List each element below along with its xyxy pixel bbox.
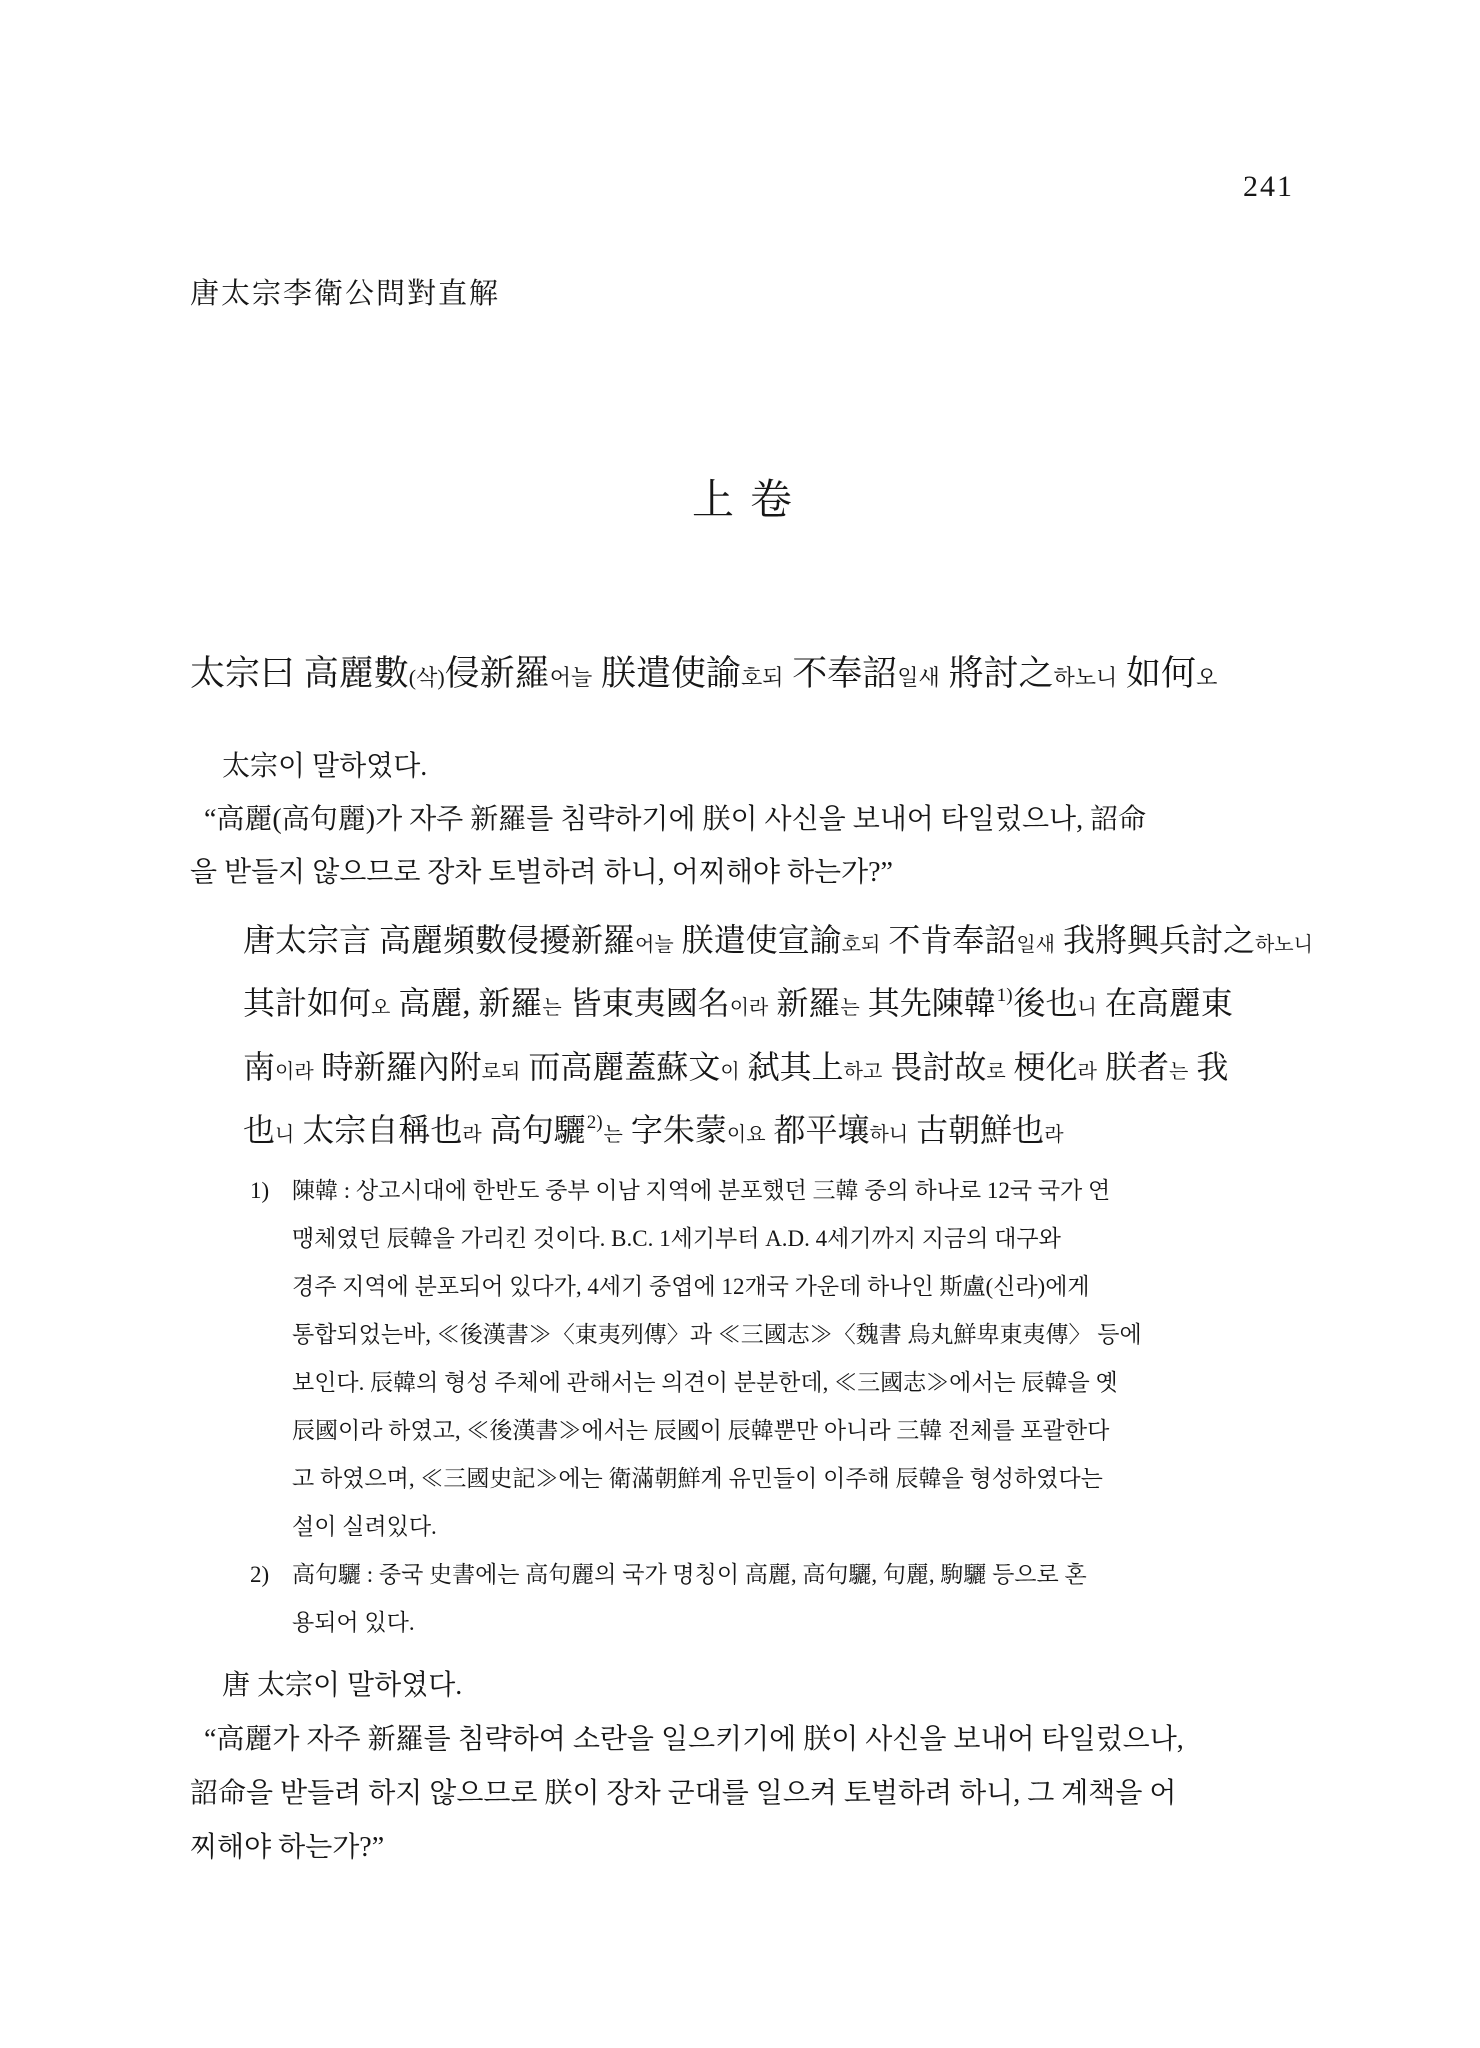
- text-line: 을 받들지 않으므로 장차 토벌하려 하니, 어찌해야 하는가?”: [190, 846, 1294, 899]
- gloss-text: 이라: [275, 1061, 314, 1083]
- footnote-text: 陳韓 : 상고시대에 한반도 중부 이남 지역에 분포했던 三韓 중의 하나로 …: [292, 1167, 1294, 1551]
- text-line: 辰國이라 하였고, ≪後漢書≫에서는 辰國이 辰韓뿐만 아니라 三韓 전체를 포…: [292, 1407, 1294, 1455]
- text-line: 맹체였던 辰韓을 가리킨 것이다. B.C. 1세기부터 A.D. 4세기까지 …: [292, 1215, 1294, 1263]
- footnote-ref: 2): [586, 1112, 604, 1133]
- footnotes-section: 1) 陳韓 : 상고시대에 한반도 중부 이남 지역에 분포했던 三韓 중의 하…: [190, 1167, 1294, 1647]
- text-line: 陳韓 : 상고시대에 한반도 중부 이남 지역에 분포했던 三韓 중의 하나로 …: [292, 1167, 1294, 1215]
- text-line: 보인다. 辰韓의 형성 주체에 관해서는 의견이 분분한데, ≪三國志≫에서는 …: [292, 1359, 1294, 1407]
- gloss-text: 하노니: [1255, 934, 1313, 956]
- text-line: 설이 실려있다.: [292, 1503, 1294, 1551]
- gloss-text: 는: [604, 1124, 623, 1146]
- main-text: 唐太宗言 高麗頻數侵擾新羅: [243, 922, 635, 958]
- text-line: 용되어 있다.: [292, 1599, 1294, 1647]
- main-text: 畏討故: [882, 1049, 986, 1085]
- gloss-text: 이: [720, 1061, 739, 1083]
- main-text: 在高麗東: [1097, 985, 1233, 1021]
- speaker-intro: 太宗이 말하였다.: [190, 740, 1294, 793]
- text-line: 고 하였으며, ≪三國史記≫에는 衛滿朝鮮계 유민들이 이주해 辰韓을 형성하였…: [292, 1455, 1294, 1503]
- footnote-marker: 1): [250, 1167, 269, 1215]
- gloss-text: 라: [1078, 1061, 1097, 1083]
- commentary-line: 其計如何오 高麗, 新羅는 皆東夷國名이라 新羅는 其先陳韓1)後也니 在高麗東: [243, 974, 1294, 1038]
- main-text: 而高麗蓋蘇文: [520, 1049, 720, 1085]
- main-text: 如何: [1117, 654, 1196, 693]
- gloss-text: 호되: [741, 665, 784, 690]
- main-text: 侵新羅: [445, 654, 550, 693]
- gloss-text: 는: [840, 997, 859, 1019]
- main-text: 其計如何: [243, 985, 371, 1021]
- gloss-text: (삭): [409, 665, 445, 690]
- main-text: 時新羅內附: [314, 1049, 482, 1085]
- text-line: 찌해야 하는가?”: [190, 1821, 1294, 1875]
- main-text: 古朝鮮也: [908, 1112, 1044, 1148]
- page-number: 241: [190, 170, 1294, 204]
- main-text: 朕遣使諭: [592, 654, 741, 693]
- footnote-text: 高句驪 : 중국 史書에는 高句麗의 국가 명칭이 高麗, 高句驪, 句麗, 駒…: [292, 1551, 1294, 1647]
- text-line: 경주 지역에 분포되어 있다가, 4세기 중엽에 12개국 가운데 하나인 斯盧…: [292, 1263, 1294, 1311]
- text-line: “高麗(高句麗)가 자주 新羅를 침략하기에 朕이 사신을 보내어 타일렀으나,…: [190, 793, 1294, 846]
- gloss-text: 는: [1169, 1061, 1188, 1083]
- original-text-heading: 太宗曰 高麗數(삭)侵新羅어늘 朕遣使諭호되 不奉詔일새 將討之하노니 如何오: [190, 648, 1294, 704]
- gloss-text: 일새: [1016, 934, 1055, 956]
- gloss-text: 어늘: [635, 934, 674, 956]
- main-text: 朕遣使宣諭: [674, 922, 842, 958]
- quote-paragraph: “高麗가 자주 新羅를 침략하여 소란을 일으키기에 朕이 사신을 보내어 타일…: [190, 1713, 1294, 1875]
- text-line: 高句驪 : 중국 史書에는 高句麗의 국가 명칭이 高麗, 高句驪, 句麗, 駒…: [292, 1551, 1294, 1599]
- main-text: 梗化: [1006, 1049, 1078, 1085]
- commentary-block: 唐太宗言 高麗頻數侵擾新羅어늘 朕遣使宣諭호되 不肯奉詔일새 我將興兵討之하노니…: [243, 911, 1294, 1165]
- translation-block-2: 唐 太宗이 말하였다. “高麗가 자주 新羅를 침략하여 소란을 일으키기에 朕…: [190, 1659, 1294, 1875]
- main-text: 都平壤: [766, 1112, 870, 1148]
- gloss-text: 하니: [870, 1124, 909, 1146]
- main-text: 皆東夷國名: [562, 985, 730, 1021]
- main-text: 不奉詔: [783, 654, 897, 693]
- gloss-text: 이요: [727, 1124, 766, 1146]
- main-text: 將討之: [940, 654, 1054, 693]
- section-title: 上卷: [190, 476, 1294, 526]
- text-line: “高麗가 자주 新羅를 침략하여 소란을 일으키기에 朕이 사신을 보내어 타일…: [190, 1713, 1294, 1767]
- quote-paragraph: “高麗(高句麗)가 자주 新羅를 침략하기에 朕이 사신을 보내어 타일렀으나,…: [190, 793, 1294, 899]
- gloss-text: 라: [462, 1124, 481, 1146]
- main-text: 弑其上: [740, 1049, 844, 1085]
- main-text: 字朱蒙: [623, 1112, 727, 1148]
- text-line: 통합되었는바, ≪後漢書≫〈東夷列傳〉과 ≪三國志≫〈魏書 烏丸鮮卑東夷傳〉 등…: [292, 1311, 1294, 1359]
- main-text: 後也: [1014, 985, 1078, 1021]
- running-title: 唐太宗李衛公問對直解: [190, 276, 1294, 312]
- footnote-ref: 1): [996, 985, 1014, 1006]
- gloss-text: 오: [371, 997, 390, 1019]
- gloss-text: 로되: [482, 1061, 521, 1083]
- gloss-text: 어늘: [550, 665, 593, 690]
- gloss-text: 호되: [842, 934, 881, 956]
- speaker-intro: 唐 太宗이 말하였다.: [190, 1659, 1294, 1713]
- gloss-text: 오: [1196, 665, 1217, 690]
- gloss-text: 니: [275, 1124, 294, 1146]
- gloss-text: 로: [986, 1061, 1005, 1083]
- main-text: 新羅: [768, 985, 840, 1021]
- commentary-line: 唐太宗言 高麗頻數侵擾新羅어늘 朕遣使宣諭호되 不肯奉詔일새 我將興兵討之하노니: [243, 911, 1294, 974]
- gloss-text: 이라: [730, 997, 769, 1019]
- commentary-line: 南이라 時新羅內附로되 而高麗蓋蘇文이 弑其上하고 畏討故로 梗化라 朕者는 我: [243, 1038, 1294, 1101]
- main-text: 不肯奉詔: [880, 922, 1016, 958]
- gloss-text: 라: [1044, 1124, 1063, 1146]
- main-text: 其先陳韓: [860, 985, 996, 1021]
- book-page: 241 唐太宗李衛公問對直解 上卷 太宗曰 高麗數(삭)侵新羅어늘 朕遣使諭호되…: [0, 0, 1480, 2048]
- gloss-text: 는: [542, 997, 561, 1019]
- main-text: 我: [1188, 1049, 1228, 1085]
- gloss-text: 일새: [897, 665, 940, 690]
- main-text: 也: [243, 1112, 275, 1148]
- footnote-1: 1) 陳韓 : 상고시대에 한반도 중부 이남 지역에 분포했던 三韓 중의 하…: [190, 1167, 1294, 1551]
- commentary-line: 也니 太宗自稱也라 高句驪2)는 字朱蒙이요 都平壤하니 古朝鮮也라: [243, 1101, 1294, 1165]
- gloss-text: 하고: [844, 1061, 883, 1083]
- gloss-text: 하노니: [1054, 665, 1118, 690]
- footnote-marker: 2): [250, 1551, 269, 1599]
- main-text: 太宗自稱也: [294, 1112, 462, 1148]
- main-text: 高麗, 新羅: [390, 985, 542, 1021]
- main-text: 我將興兵討之: [1055, 922, 1255, 958]
- main-text: 朕者: [1097, 1049, 1169, 1085]
- gloss-text: 니: [1078, 997, 1097, 1019]
- footnote-2: 2) 高句驪 : 중국 史書에는 高句麗의 국가 명칭이 高麗, 高句驪, 句麗…: [190, 1551, 1294, 1647]
- translation-block-1: 太宗이 말하였다. “高麗(高句麗)가 자주 新羅를 침략하기에 朕이 사신을 …: [190, 740, 1294, 899]
- main-text: 高句驪: [482, 1112, 586, 1148]
- text-line: 詔命을 받들려 하지 않으므로 朕이 장차 군대를 일으켜 토벌하려 하니, 그…: [190, 1767, 1294, 1821]
- main-text: 太宗曰 高麗數: [190, 654, 409, 693]
- main-text: 南: [243, 1049, 275, 1085]
